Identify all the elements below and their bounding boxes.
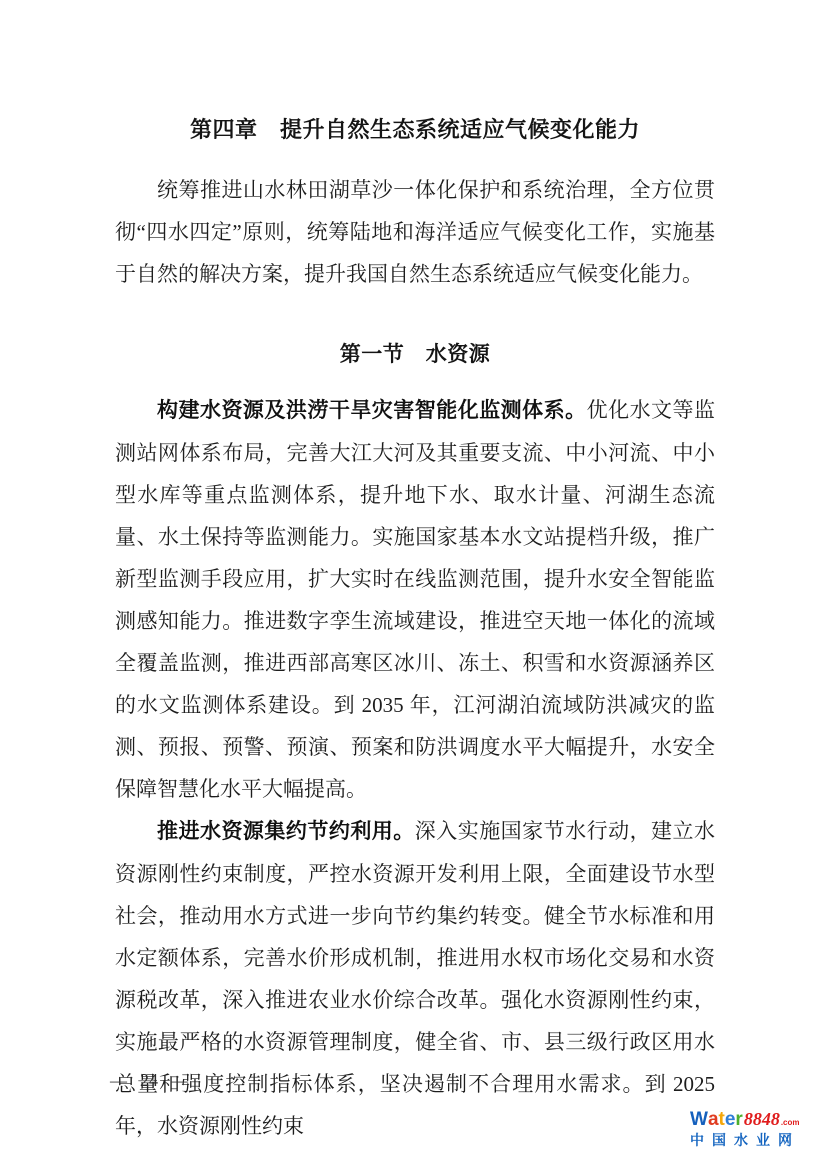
- document-page: 第四章 提升自然生态系统适应气候变化能力 统筹推进山水林田湖草沙一体化保护和系统…: [0, 0, 826, 1169]
- logo-wordmark: W a t e r 8848 .com: [690, 1110, 820, 1129]
- page-content: 第四章 提升自然生态系统适应气候变化能力 统筹推进山水林田湖草沙一体化保护和系统…: [115, 0, 715, 1147]
- footer-dash-left: —: [110, 1071, 127, 1091]
- logo-letter-e: e: [725, 1110, 736, 1129]
- paragraph-water-saving-lead: 推进水资源集约节约利用。: [157, 820, 415, 843]
- paragraph-water-saving-text: 深入实施国家节水行动，建立水资源刚性约束制度，严控水资源开发利用上限，全面建设节…: [115, 819, 715, 1138]
- page-number: 24: [140, 1070, 158, 1091]
- logo-letter-w: W: [690, 1110, 708, 1129]
- logo-water-word: W a t e r: [690, 1110, 743, 1129]
- logo-letter-a: a: [708, 1110, 719, 1129]
- paragraph-monitoring-system: 构建水资源及洪涝干旱灾害智能化监测体系。优化水文等监测站网体系布局，完善大江大河…: [115, 389, 715, 810]
- chapter-title: 第四章 提升自然生态系统适应气候变化能力: [115, 113, 715, 146]
- logo-letter-r: r: [735, 1110, 742, 1129]
- water8848-logo: W a t e r 8848 .com 中国水业网: [690, 1110, 820, 1147]
- page-footer: — 24 —: [110, 1070, 188, 1091]
- section-title: 第一节 水资源: [115, 340, 715, 370]
- logo-number-8848: 8848: [744, 1110, 780, 1128]
- paragraph-monitoring-lead: 构建水资源及洪涝干旱灾害智能化监测体系。: [157, 399, 587, 422]
- intro-paragraph: 统筹推进山水林田湖草沙一体化保护和系统治理，全方位贯彻“四水四定”原则，统筹陆地…: [115, 169, 715, 295]
- logo-tld-com: .com: [781, 1119, 800, 1127]
- footer-dash-right: —: [171, 1071, 188, 1091]
- paragraph-monitoring-text: 优化水文等监测站网体系布局，完善大江大河及其重要支流、中小河流、中小型水库等重点…: [115, 398, 715, 801]
- logo-subtitle: 中国水业网: [690, 1133, 820, 1147]
- paragraph-water-saving: 推进水资源集约节约利用。深入实施国家节水行动，建立水资源刚性约束制度，严控水资源…: [115, 810, 715, 1147]
